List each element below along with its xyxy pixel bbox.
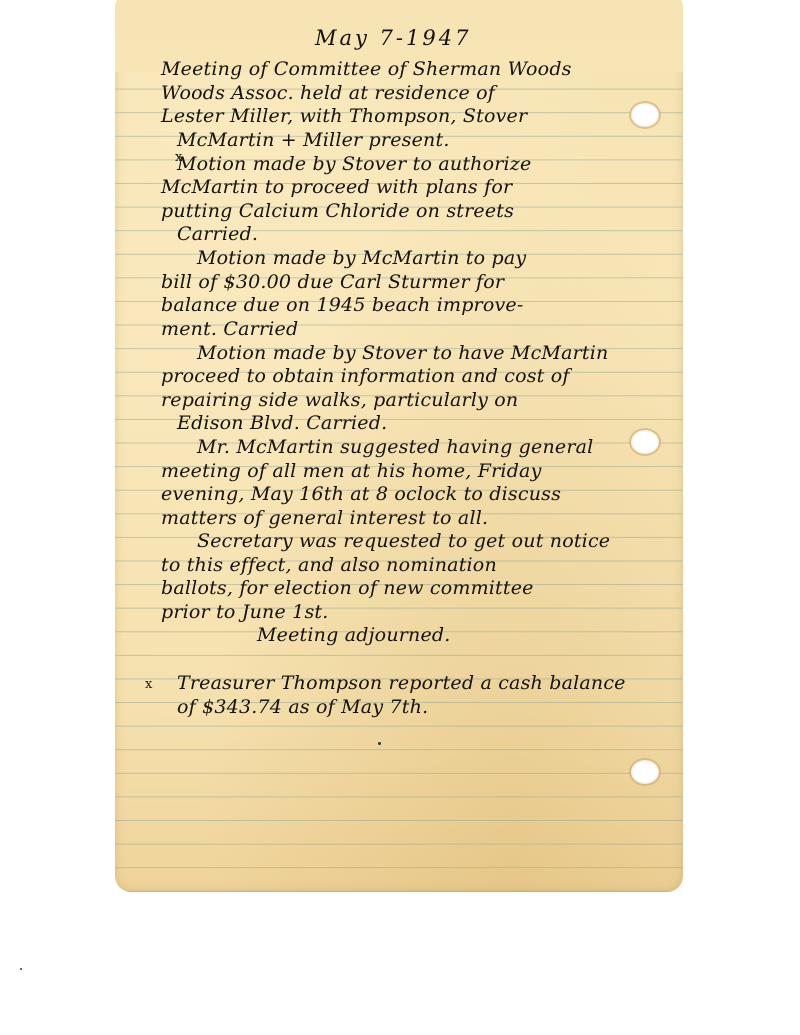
notebook-page: May 7-1947 Meeting of Committee of Sherm… bbox=[115, 0, 683, 892]
minutes-line-14: proceed to obtain information and cost o… bbox=[161, 365, 570, 387]
minutes-line-10: bill of $30.00 due Carl Sturmer for bbox=[161, 271, 504, 293]
minutes-line-1: Meeting of Committee of Sherman Woods bbox=[161, 58, 572, 80]
minutes-line-7: putting Calcium Chloride on streets bbox=[161, 200, 514, 222]
minutes-line-11: balance due on 1945 beach improve- bbox=[161, 294, 523, 316]
treasurer-mark: x bbox=[145, 677, 152, 692]
minutes-line-23: ballots, for election of new committee bbox=[161, 577, 534, 599]
date-heading: May 7-1947 bbox=[315, 26, 471, 50]
punch-hole-top bbox=[631, 103, 659, 127]
minutes-line-5: Motion made by Stover to authorize bbox=[177, 153, 531, 175]
minutes-line-4: McMartin + Miller present. bbox=[177, 129, 450, 151]
minutes-line-13: Motion made by Stover to have McMartin bbox=[197, 342, 608, 364]
ink-speck bbox=[378, 742, 381, 745]
punch-hole-middle bbox=[631, 430, 659, 454]
adjourned-line: Meeting adjourned. bbox=[257, 624, 451, 646]
treasurer-line-2: of $343.74 as of May 7th. bbox=[177, 696, 428, 718]
minutes-line-17: Mr. McMartin suggested having general bbox=[197, 436, 593, 458]
minutes-line-16: Edison Blvd. Carried. bbox=[177, 412, 387, 434]
minutes-line-3: Lester Miller, with Thompson, Stover bbox=[161, 105, 527, 127]
minutes-line-24: prior to June 1st. bbox=[161, 601, 328, 623]
minutes-line-21: Secretary was requested to get out notic… bbox=[197, 530, 610, 552]
minutes-line-6: McMartin to proceed with plans for bbox=[161, 176, 512, 198]
minutes-line-12: ment. Carried bbox=[161, 318, 298, 340]
scan-speck bbox=[20, 968, 22, 970]
minutes-line-19: evening, May 16th at 8 oclock to discuss bbox=[161, 483, 561, 505]
treasurer-line-1: Treasurer Thompson reported a cash balan… bbox=[177, 672, 626, 694]
minutes-line-22: to this effect, and also nomination bbox=[161, 554, 497, 576]
minutes-line-8: Carried. bbox=[177, 223, 258, 245]
minutes-line-9: Motion made by McMartin to pay bbox=[197, 247, 526, 269]
minutes-line-2: Woods Assoc. held at residence of bbox=[161, 82, 495, 104]
punch-hole-bottom bbox=[631, 760, 659, 784]
minutes-line-18: meeting of all men at his home, Friday bbox=[161, 460, 542, 482]
minutes-line-15: repairing side walks, particularly on bbox=[161, 389, 518, 411]
minutes-line-20: matters of general interest to all. bbox=[161, 507, 488, 529]
